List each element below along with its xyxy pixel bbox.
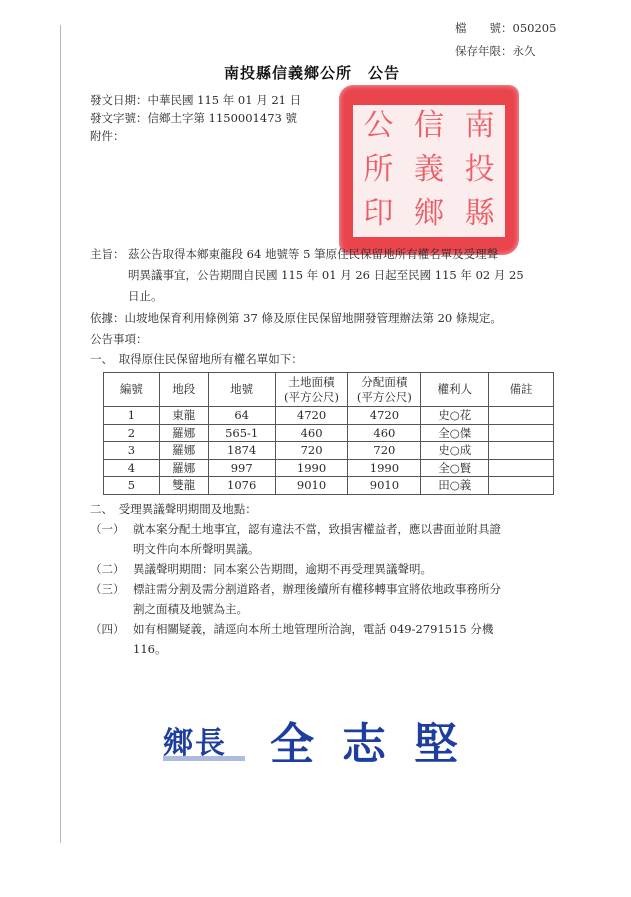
cell-lot-number: 997 [208,459,275,477]
header-allocated-area-label: 分配面積 [348,375,420,390]
seal-char: 南 [454,105,505,149]
item-2-line-1: 異議聲明期間：同本案公告期間，逾期不再受理異議聲明。 [133,560,432,578]
cell-allocated-area: 720 [348,442,421,460]
binding-margin-line [60,25,61,843]
seal-char: 信 [404,105,455,149]
seal-char: 鄉 [404,193,455,237]
cell-land-area: 9010 [275,477,348,495]
seal-char: 公 [353,105,404,149]
cell-number: 4 [104,459,160,477]
attachment-label: 附件： [90,127,125,145]
retention-period: 保存年限：永久 [455,43,536,59]
item-1-line-2: 明文件向本所聲明異議。 [133,540,260,558]
cell-allocated-area: 460 [348,424,421,442]
cell-land-area: 720 [275,442,348,460]
seal-characters: 南 信 公 投 義 所 縣 鄉 印 [353,105,505,237]
cell-number: 5 [104,477,160,495]
issue-date: 發文日期：中華民國 115 年 01 月 21 日 [90,91,301,109]
item-3-line-1: 標註需分割及需分割道路者，辦理後續所有權移轉事宜將依地政事務所分 [133,580,501,598]
section-1-heading: 一、 取得原住民保留地所有權名單如下： [90,350,303,368]
item-3-line-2: 割之面積及地號為主。 [133,600,248,618]
cell-land-area: 460 [275,424,348,442]
seal-char: 印 [353,193,404,237]
table-row: 4 羅娜 997 1990 1990 全○賢 [104,459,554,477]
table-row: 1 東龍 64 4720 4720 史○花 [104,407,554,425]
item-3-label: （三） [90,580,125,598]
table-header-row: 編號 地段 地號 土地面積(平方公尺) 分配面積(平方公尺) 權利人 備註 [104,373,554,407]
cell-remarks [489,424,554,442]
item-1-line-1: 就本案分配土地事宜，認有違法不當，致損害權益者，應以書面並附具證 [133,520,501,538]
cell-lot-number: 565-1 [208,424,275,442]
cell-section: 羅娜 [159,442,208,460]
cell-allocated-area: 9010 [348,477,421,495]
cell-land-area: 1990 [275,459,348,477]
cell-number: 2 [104,424,160,442]
header-land-area-unit: (平方公尺) [276,390,348,405]
seal-char: 投 [454,149,505,193]
item-4-line-2: 116。 [133,640,166,658]
subject-label: 主旨： [90,245,125,263]
cell-remarks [489,459,554,477]
cell-number: 3 [104,442,160,460]
cell-section: 羅娜 [159,424,208,442]
cell-lot-number: 64 [208,407,275,425]
signature-name: 全志堅 [270,708,486,772]
subject-line-2: 明異議事宜，公告期間自民國 115 年 01 月 26 日起至民國 115 年 … [128,266,524,284]
header-land-area: 土地面積(平方公尺) [275,373,348,407]
cell-rights-holder: 全○賢 [421,459,489,477]
cell-land-area: 4720 [275,407,348,425]
cell-lot-number: 1076 [208,477,275,495]
official-seal: 南 信 公 投 義 所 縣 鄉 印 [339,85,519,255]
retention-label: 保存年限： [455,44,513,58]
seal-char: 所 [353,149,404,193]
item-2-label: （二） [90,560,125,578]
seal-char: 縣 [454,193,505,237]
item-4-line-1: 如有相關疑義，請逕向本所土地管理所洽詢，電話 049-2791515 分機 [133,620,493,638]
signature-smudge [163,756,245,761]
item-1-label: （一） [90,520,125,538]
header-allocated-area-unit: (平方公尺) [348,390,420,405]
land-ownership-table: 編號 地段 地號 土地面積(平方公尺) 分配面積(平方公尺) 權利人 備註 1 … [103,372,554,495]
item-4-label: （四） [90,620,125,638]
cell-allocated-area: 4720 [348,407,421,425]
cell-remarks [489,407,554,425]
cell-rights-holder: 田○義 [421,477,489,495]
page-title: 南投縣信義鄉公所 公告 [224,62,400,83]
document-number: 發文字號：信鄉土字第 1150001473 號 [90,109,297,127]
cell-remarks [489,477,554,495]
legal-basis: 依據：山坡地保育利用條例第 37 條及原住民保留地開發管理辦法第 20 條規定。 [90,309,502,327]
cell-rights-holder: 史○花 [421,407,489,425]
header-land-area-label: 土地面積 [276,375,348,390]
header-number: 編號 [104,373,160,407]
header-section: 地段 [159,373,208,407]
table-row: 5 雙龍 1076 9010 9010 田○義 [104,477,554,495]
table-row: 2 羅娜 565-1 460 460 全○傑 [104,424,554,442]
notice-heading: 公告事項： [90,330,148,348]
seal-char: 義 [404,149,455,193]
retention-value: 永久 [513,44,536,58]
header-remarks: 備註 [489,373,554,407]
cell-lot-number: 1874 [208,442,275,460]
cell-number: 1 [104,407,160,425]
cell-rights-holder: 全○傑 [421,424,489,442]
file-number: 檔 號：050205 [455,20,556,36]
header-allocated-area: 分配面積(平方公尺) [348,373,421,407]
cell-rights-holder: 史○成 [421,442,489,460]
subject-line-3: 日止。 [128,287,163,305]
cell-section: 東龍 [159,407,208,425]
seal-inner: 南 信 公 投 義 所 縣 鄉 印 [353,105,505,237]
file-number-value: 050205 [513,21,557,35]
file-number-label: 檔 號： [455,21,513,35]
header-lot-number: 地號 [208,373,275,407]
header-rights-holder: 權利人 [421,373,489,407]
cell-remarks [489,442,554,460]
table-row: 3 羅娜 1874 720 720 史○成 [104,442,554,460]
cell-section: 羅娜 [159,459,208,477]
subject-line-1: 茲公告取得本鄉東龍段 64 地號等 5 筆原住民保留地所有權名單及受理聲 [128,245,498,263]
cell-allocated-area: 1990 [348,459,421,477]
section-2-heading: 二、 受理異議聲明期間及地點： [90,500,257,518]
cell-section: 雙龍 [159,477,208,495]
